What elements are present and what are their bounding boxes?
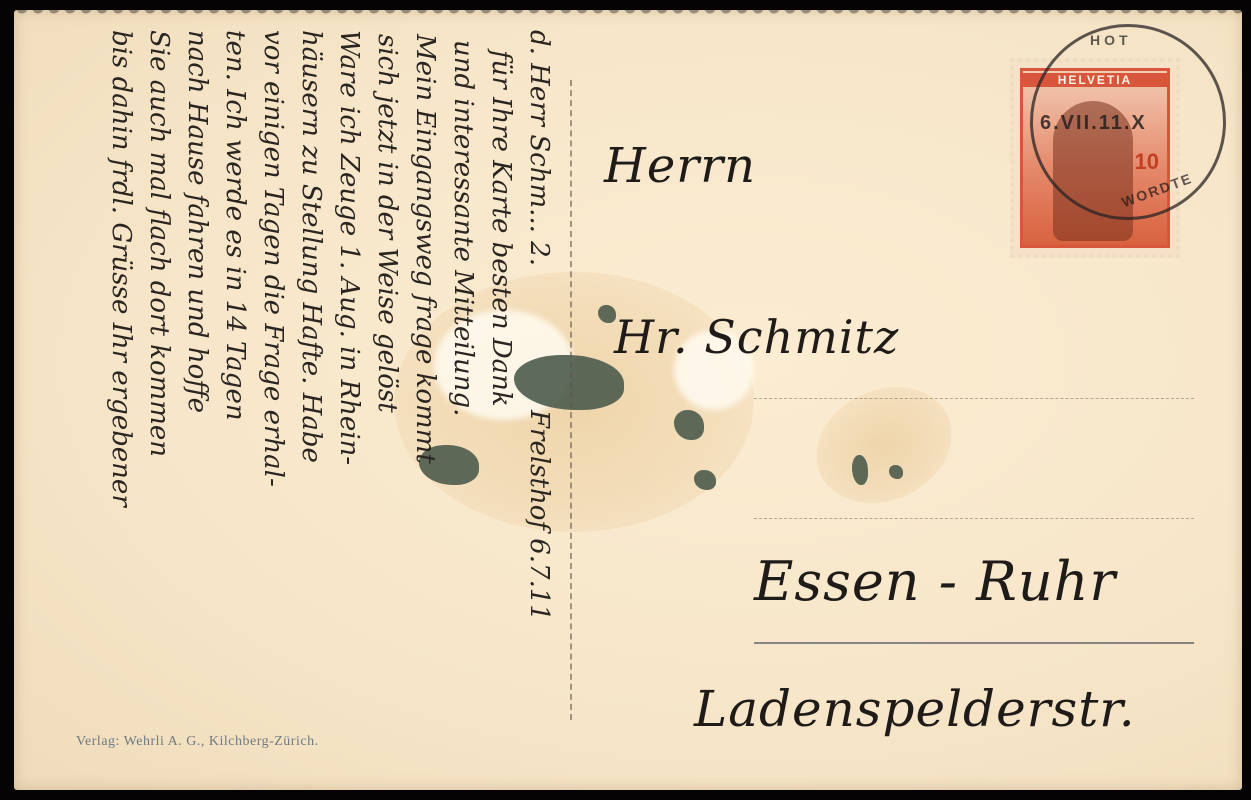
message-line-12: bis dahin frdl. Grüsse Ihr ergebener xyxy=(106,30,136,507)
address-salutation: Herrn xyxy=(604,138,756,194)
message-line-11: Sie auch mal flach dort kommen xyxy=(144,30,174,457)
water-stain-small xyxy=(797,366,970,525)
message-date-line: Frelsthof 6.7.11 xyxy=(524,410,554,621)
address-line-2 xyxy=(754,518,1194,519)
mold-spot xyxy=(694,470,716,490)
address-line-1 xyxy=(754,398,1194,399)
center-divider xyxy=(570,80,572,720)
message-line-6: Ware ich Zeuge 1. Aug. in Rhein- xyxy=(334,30,364,465)
postmark-place-top: HOT xyxy=(1090,32,1132,48)
message-line-9: ten. Ich werde es in 14 Tagen xyxy=(220,30,250,421)
address-name: Hr. Schmitz xyxy=(614,310,899,364)
address-line-3 xyxy=(754,642,1194,644)
address-street: Ladenspelderstr. xyxy=(694,680,1136,738)
message-line-1: d. Herr Schm... 2. xyxy=(524,30,554,266)
mold-spot xyxy=(852,455,868,485)
message-line-10: nach Hause fahren und hoffe xyxy=(182,30,212,413)
message-line-8: vor einigen Tagen die Frage erhal- xyxy=(258,30,288,487)
message-line-5: sich jetzt in der Weise gelöst xyxy=(372,34,402,413)
publisher-imprint: Verlag: Wehrli A. G., Kilchberg-Zürich. xyxy=(76,734,319,750)
message-line-4: Mein Eingangsweg frage kommt xyxy=(410,34,440,464)
message-line-3: und interessante Mitteilung. xyxy=(448,40,478,416)
mold-spot xyxy=(889,465,903,479)
message-line-2: für Ihre Karte besten Dank xyxy=(486,50,516,407)
message-line-7: häusern zu Stellung Hafte. Habe xyxy=(296,30,326,463)
address-city: Essen - Ruhr xyxy=(754,550,1116,613)
postmark-date: 6.VII.11.X xyxy=(1040,112,1147,135)
